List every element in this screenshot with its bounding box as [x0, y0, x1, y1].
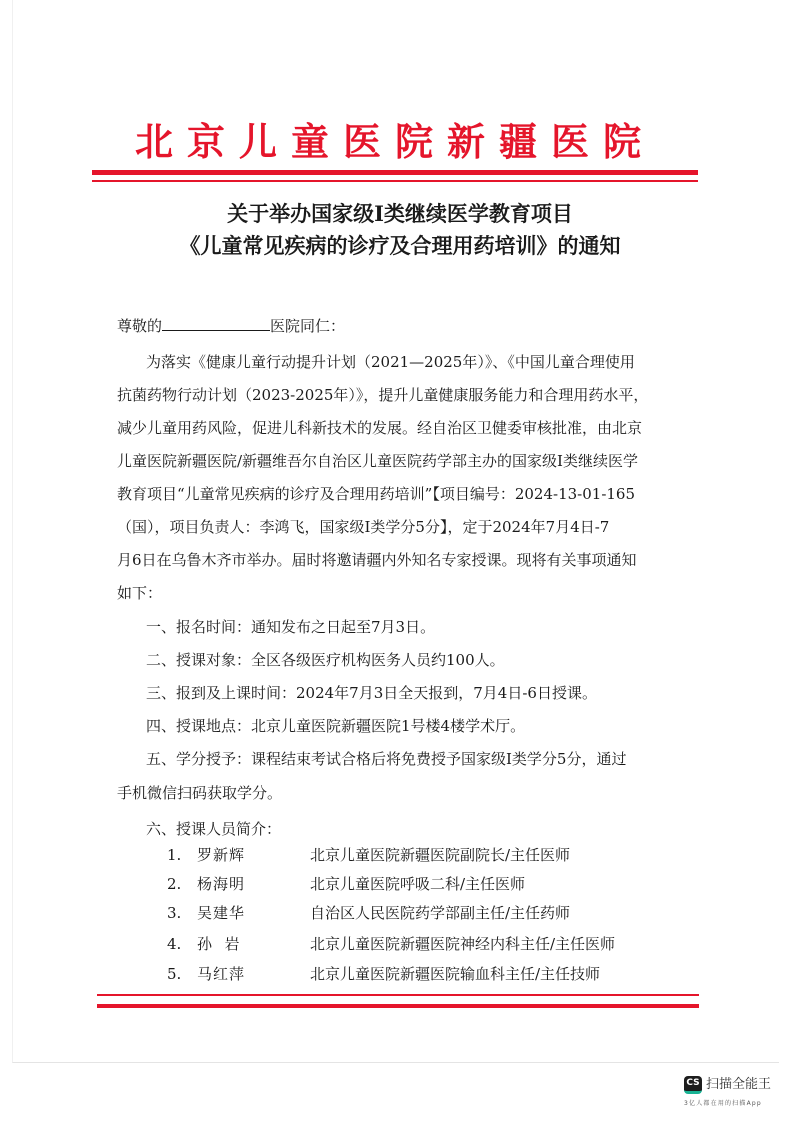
intro-line: 抗菌药物行动计划（2023-2025年）》，提升儿童健康服务能力和合理用药水平，	[117, 385, 648, 405]
item-credits-continuation: 手机微信扫码获取学分。	[117, 783, 282, 803]
speaker-title: 北京儿童医院新疆医院副院长/主任医师	[310, 845, 570, 865]
document-title-line-1: 关于举办国家级Ⅰ类继续医学教育项目	[100, 199, 700, 229]
item-audience: 二、授课对象：全区各级医疗机构医务人员约100人。	[146, 650, 505, 670]
speaker-title: 自治区人民医院药学部副主任/主任药师	[310, 903, 570, 923]
intro-line: 如下：	[117, 583, 162, 603]
watermark-tagline: 3亿人都在用的扫描App	[684, 1100, 762, 1108]
camscanner-watermark: CS 扫描全能王 3亿人都在用的扫描App	[684, 1076, 784, 1116]
intro-line: 月6日在乌鲁木齐市举办。届时将邀请疆内外知名专家授课。现将有关事项通知	[117, 550, 637, 570]
item-registration-time: 一、报名时间：通知发布之日起至7月3日。	[146, 617, 435, 637]
letterhead-rule-thick	[92, 170, 698, 175]
salutation: 尊敬的医院同仁：	[117, 316, 345, 336]
item-venue: 四、授课地点：北京儿童医院新疆医院1号楼4楼学术厅。	[146, 716, 525, 736]
footer-rule-thin	[97, 994, 699, 996]
intro-line: 减少儿童用药风险，促进儿科新技术的发展。经自治区卫健委审核批准，由北京	[117, 418, 642, 438]
speaker-title: 北京儿童医院新疆医院输血科主任/主任技师	[310, 964, 600, 984]
speaker-title: 北京儿童医院新疆医院神经内科主任/主任医师	[310, 934, 615, 954]
speaker-name: 罗新辉	[197, 845, 245, 865]
intro-line: 为落实《健康儿童行动提升计划（2021—2025年）》、《中国儿童合理使用	[146, 352, 635, 372]
speaker-name: 杨海明	[197, 874, 245, 894]
speaker-number: 1.	[167, 845, 181, 865]
item-schedule: 三、报到及上课时间：2024年7月3日全天报到，7月4日-6日授课。	[146, 683, 597, 703]
item-credits: 五、学分授予：课程结束考试合格后将免费授予国家级Ⅰ类学分5分，通过	[146, 749, 626, 769]
salutation-blank-line	[162, 316, 270, 331]
speakers-heading: 六、授课人员简介：	[146, 819, 281, 839]
speaker-number: 5.	[167, 964, 181, 984]
intro-line: 儿童医院新疆医院/新疆维吾尔自治区儿童医院药学部主办的国家级Ⅰ类继续医学	[117, 451, 638, 471]
salutation-suffix: 医院同仁：	[270, 317, 345, 335]
footer-rule-thick	[97, 1004, 699, 1008]
speaker-name: 马红萍	[197, 964, 245, 984]
intro-line: 教育项目“儿童常见疾病的诊疗及合理用药培训”【项目编号：2024-13-01-1…	[117, 484, 635, 504]
salutation-prefix: 尊敬的	[117, 317, 162, 335]
document-title-line-2: 《儿童常见疾病的诊疗及合理用药培训》的通知	[100, 231, 700, 261]
letterhead-rule-thin	[92, 180, 698, 182]
speaker-number: 3.	[167, 903, 181, 923]
speaker-name: 吴建华	[197, 903, 245, 923]
speaker-number: 4.	[167, 934, 181, 954]
speaker-number: 2.	[167, 874, 181, 894]
letterhead-org-name: 北京儿童医院新疆医院	[100, 116, 690, 168]
speaker-title: 北京儿童医院呼吸二科/主任医师	[310, 874, 525, 894]
speaker-name: 孙 岩	[197, 934, 241, 954]
watermark-app-name: 扫描全能王	[706, 1076, 771, 1094]
intro-line: （国），项目负责人：李鸿飞，国家级Ⅰ类学分5分】，定于2024年7月4日-7	[117, 517, 609, 537]
camscanner-logo-icon: CS	[684, 1076, 702, 1094]
